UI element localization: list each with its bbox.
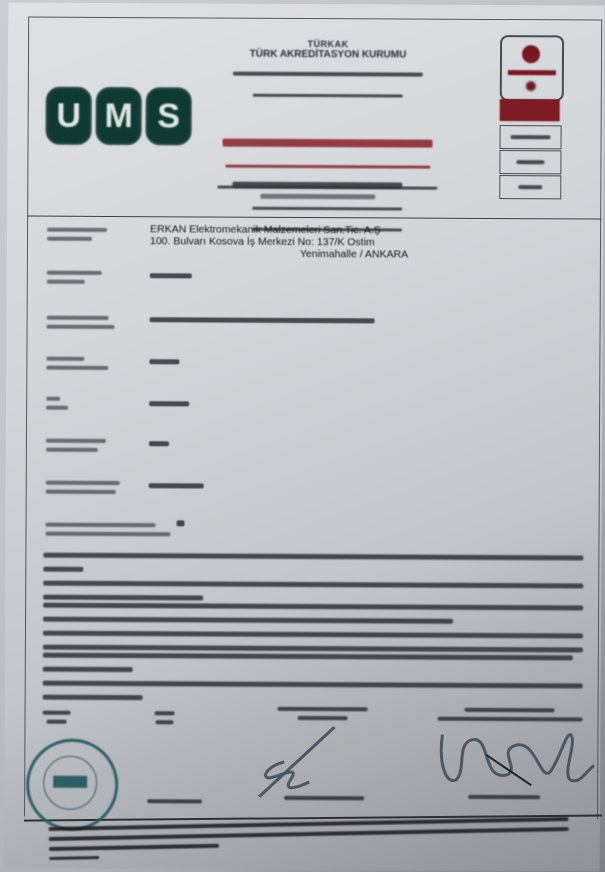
manufacturer-value [149, 355, 179, 367]
logo-letter-m: M [96, 87, 142, 145]
serial-number-value [149, 437, 169, 449]
certificate-number-box [499, 150, 561, 174]
org-full-name: TÜRK AKREDİTASYON KURUMU [203, 48, 453, 60]
customer-address-line-2: Yenimahalle / ANKARA [150, 247, 408, 260]
accreditation-header: TÜRKAK TÜRK AKREDİTASYON KURUMU [202, 38, 453, 239]
label-type [46, 397, 68, 415]
ums-logo: U M S [46, 87, 192, 146]
accreditation-red-label [500, 99, 560, 121]
order-no-value [150, 269, 192, 281]
type-value [149, 397, 189, 409]
label-calibration-date [46, 481, 120, 499]
logo-letter-u: U [46, 87, 92, 145]
head-of-lab-signature-icon [436, 725, 596, 801]
calibrated-by-name [279, 796, 369, 805]
head-of-lab-label [434, 708, 584, 727]
accreditation-code-box [500, 125, 562, 149]
uncertainty-paragraph [43, 653, 588, 712]
turkak-accreditation-badge-icon [500, 35, 564, 101]
instrument-value [150, 313, 375, 326]
logo-letter-s: S [146, 87, 192, 145]
customer-address-line-1: 100. Bulvarı Kosova İş Merkezi No: 137/K… [150, 235, 408, 248]
certificate-title [207, 181, 427, 199]
seal-label [36, 711, 76, 729]
customer-value: ERKAN Elektromekanik Malzemeleri San.Tic… [150, 223, 408, 260]
label-manufacturer [46, 357, 108, 375]
calibration-date-value [149, 479, 204, 491]
head-of-lab-name [464, 795, 544, 804]
lab-name-red [202, 133, 452, 152]
calibrated-by-signature-icon [244, 722, 354, 803]
footer-disclaimer [49, 817, 570, 866]
label-number-of-pages [45, 523, 170, 542]
date-code-box [499, 175, 561, 199]
calibration-stamp-icon [26, 739, 118, 831]
date-label [144, 711, 184, 729]
issue-date-value [144, 799, 204, 808]
number-of-pages-value [177, 517, 185, 529]
certificate-paper: U M S TÜRKAK TÜRK AKREDİTASYON KURUMU ER… [4, 2, 605, 871]
label-serial-number [46, 439, 106, 457]
label-instrument [47, 316, 115, 334]
label-order-no [47, 271, 102, 289]
label-customer [47, 228, 107, 246]
